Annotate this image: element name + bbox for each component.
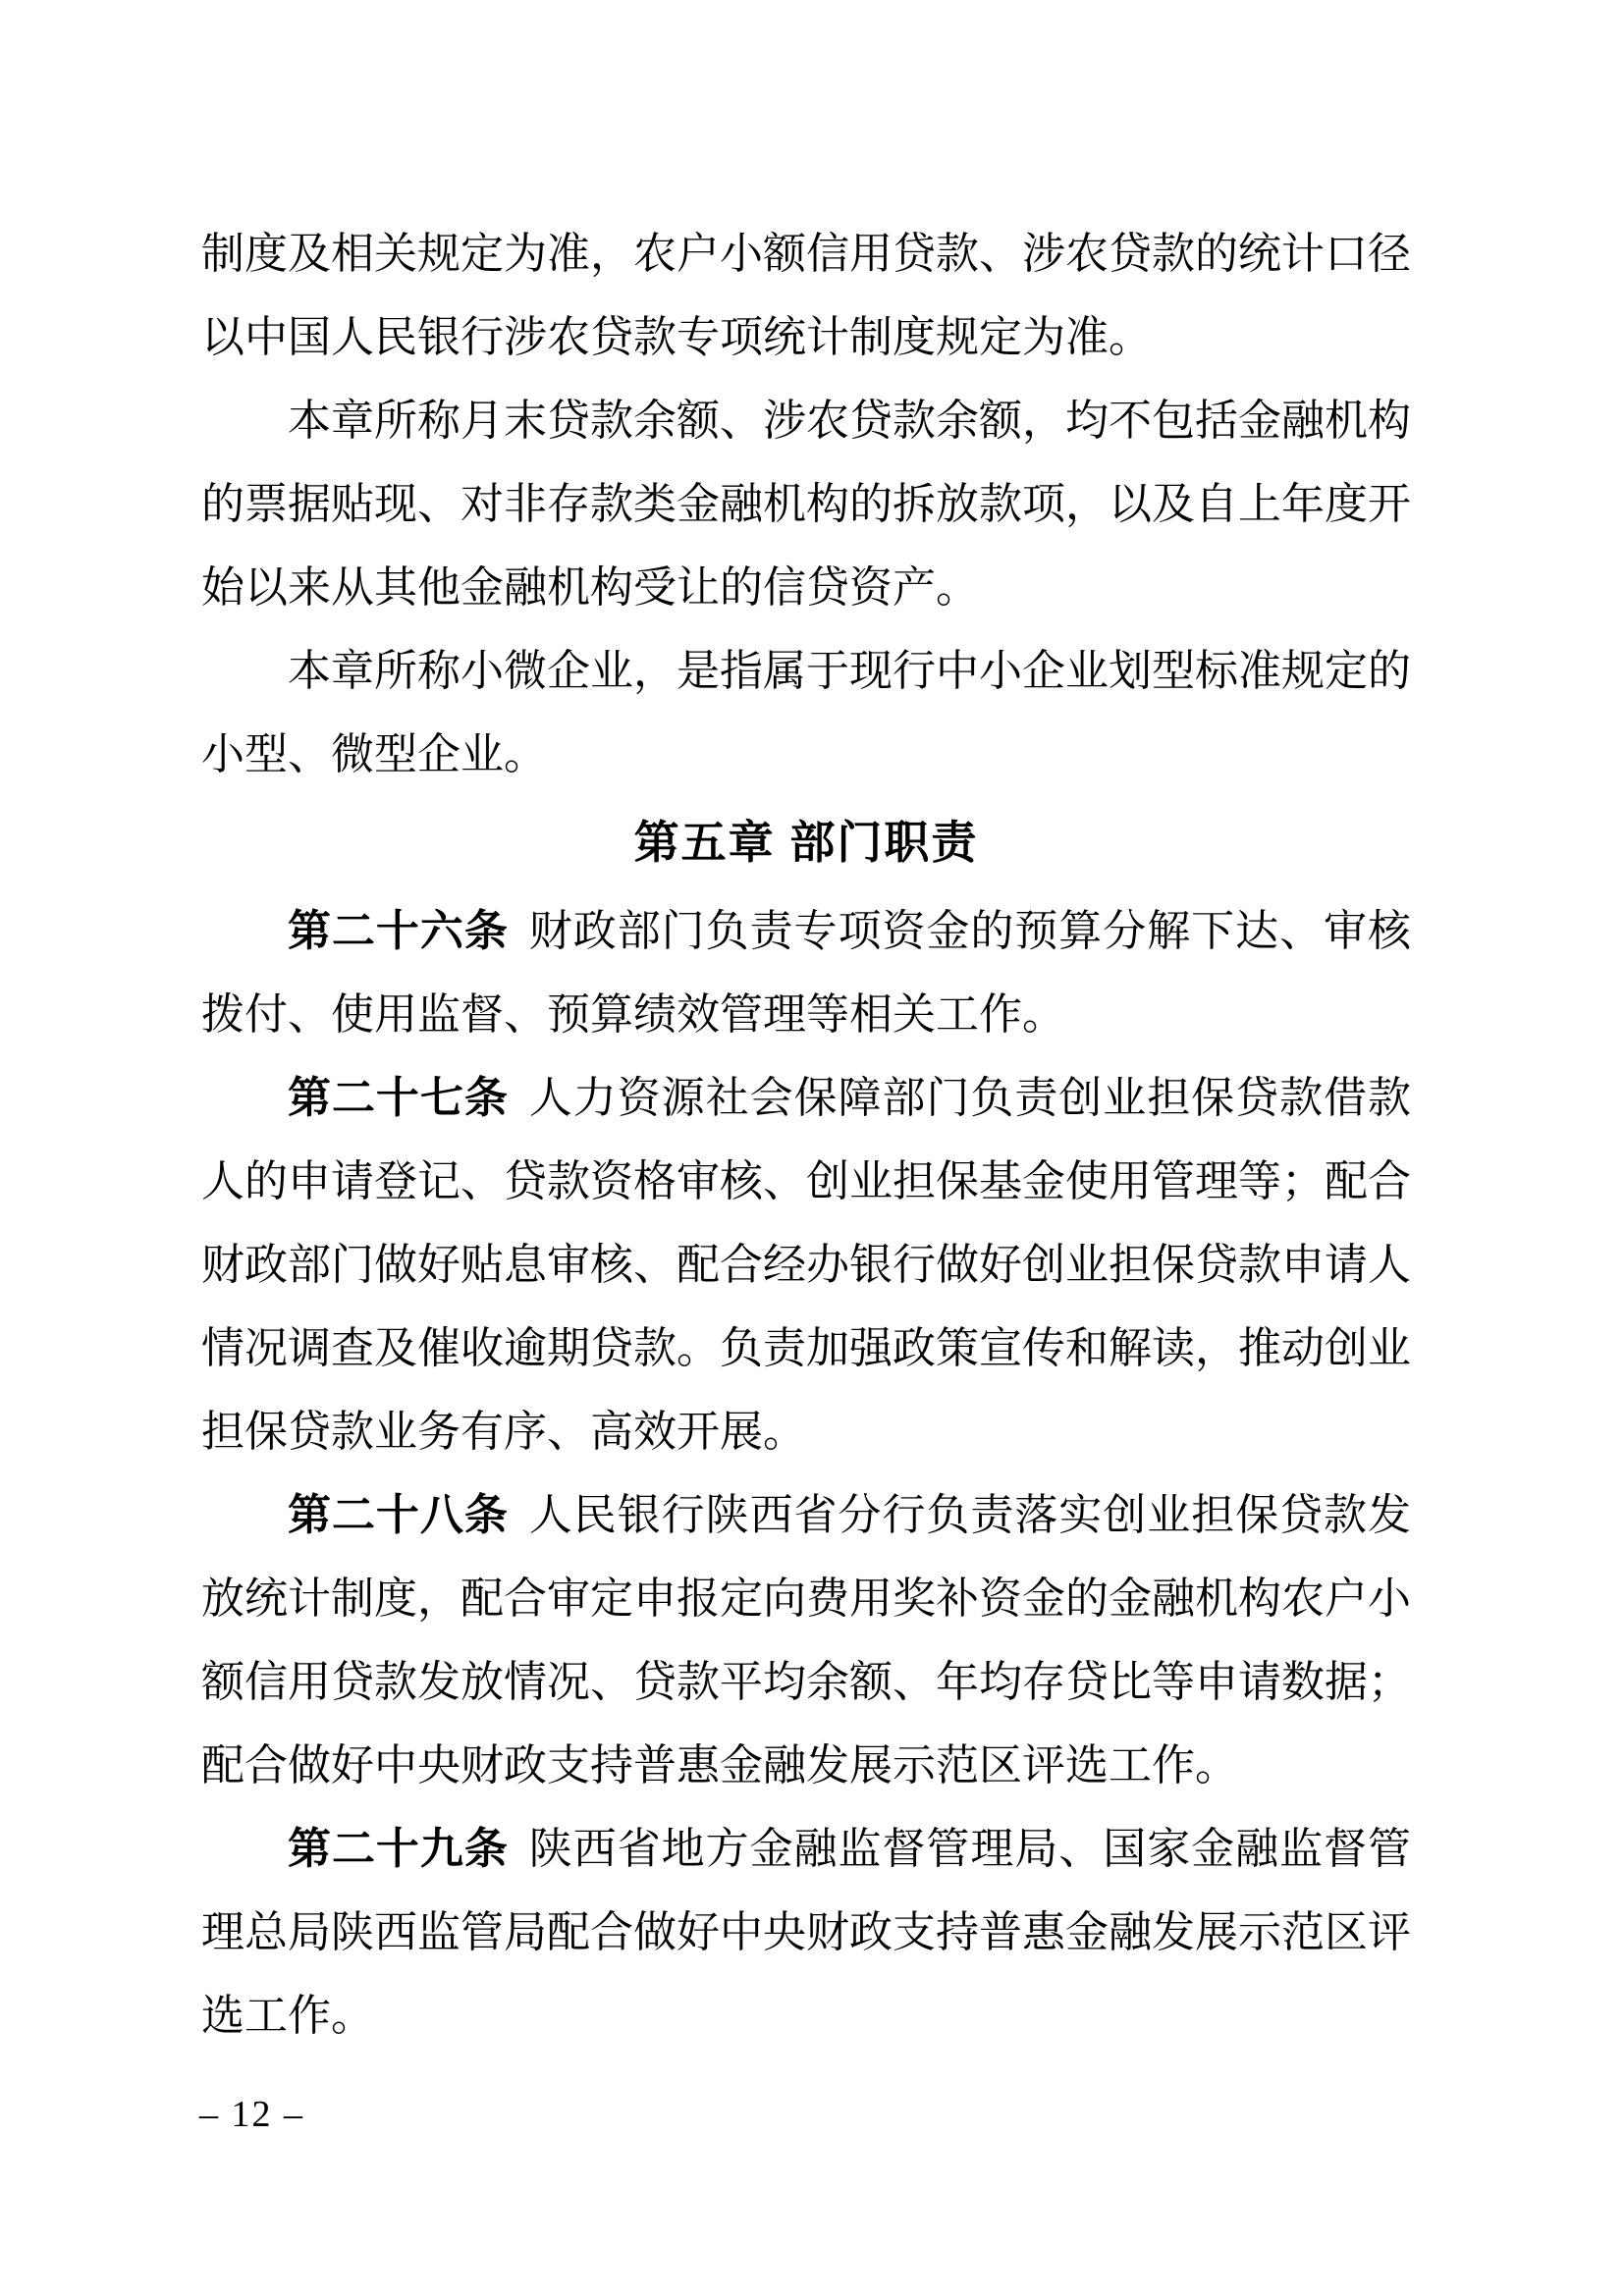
article-27: 第二十七条人力资源社会保障部门负责创业担保贷款借款人的申请登记、贷款资格审核、创… (201, 1056, 1411, 1473)
article-26-label: 第二十六条 (288, 907, 509, 955)
paragraph-statistics-caliber: 制度及相关规定为准，农户小额信用贷款、涉农贷款的统计口径以中国人民银行涉农贷款专… (201, 212, 1411, 379)
document-page: 制度及相关规定为准，农户小额信用贷款、涉农贷款的统计口径以中国人民银行涉农贷款专… (0, 0, 1624, 2296)
paragraph-loan-balance-scope: 本章所称月末贷款余额、涉农贷款余额，均不包括金融机构的票据贴现、对非存款类金融机… (201, 379, 1411, 629)
paragraph-small-micro-definition-text: 本章所称小微企业，是指属于现行中小企业划型标准规定的小型、微型企业。 (201, 647, 1411, 778)
page-body: 制度及相关规定为准，农户小额信用贷款、涉农贷款的统计口径以中国人民银行涉农贷款专… (201, 212, 1411, 2057)
paragraph-small-micro-definition: 本章所称小微企业，是指属于现行中小企业划型标准规定的小型、微型企业。 (201, 629, 1411, 796)
article-27-label: 第二十七条 (288, 1074, 509, 1122)
article-26: 第二十六条财政部门负责专项资金的预算分解下达、审核拨付、使用监督、预算绩效管理等… (201, 889, 1411, 1056)
article-29: 第二十九条陕西省地方金融监督管理局、国家金融监督管理总局陕西监管局配合做好中央财… (201, 1807, 1411, 2057)
article-28: 第二十八条人民银行陕西省分行负责落实创业担保贷款发放统计制度，配合审定申报定向费… (201, 1473, 1411, 1807)
paragraph-statistics-caliber-text: 制度及相关规定为准，农户小额信用贷款、涉农贷款的统计口径以中国人民银行涉农贷款专… (201, 230, 1411, 361)
article-28-label: 第二十八条 (288, 1491, 509, 1539)
paragraph-loan-balance-scope-text: 本章所称月末贷款余额、涉农贷款余额，均不包括金融机构的票据贴现、对非存款类金融机… (201, 397, 1411, 612)
chapter-5-heading: 第五章 部门职责 (201, 796, 1411, 889)
article-27-text: 人力资源社会保障部门负责创业担保贷款借款人的申请登记、贷款资格审核、创业担保基金… (201, 1074, 1411, 1456)
page-number: – 12 – (199, 2093, 304, 2136)
article-29-label: 第二十九条 (288, 1825, 509, 1873)
